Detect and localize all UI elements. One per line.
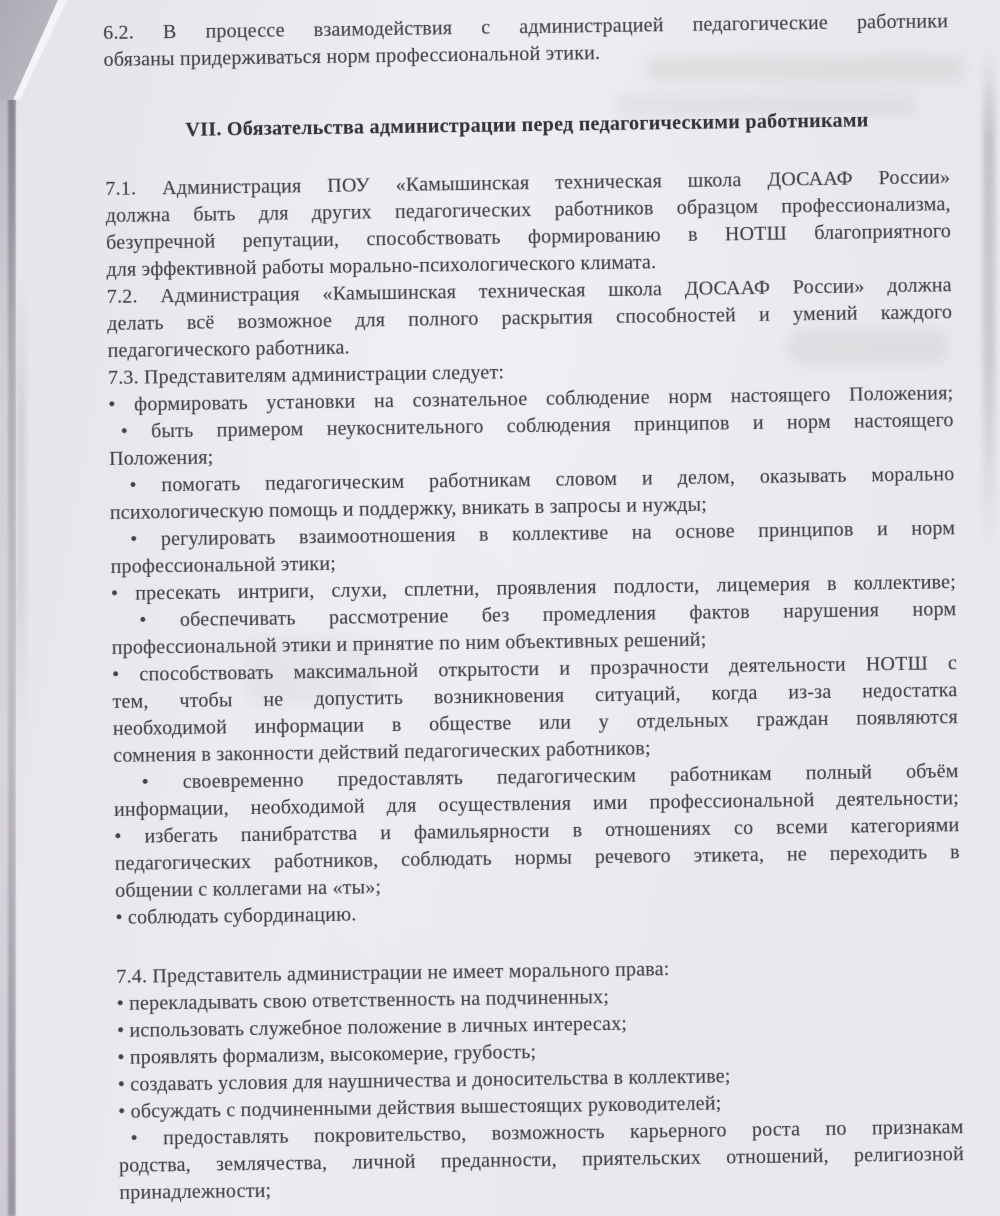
page-edge-line-artifact [8,88,15,1216]
document-content: 6.2. В процессе взаимодействия с админис… [103,8,964,1207]
section-vii-heading: VII. Обязательства администрации перед п… [104,106,949,145]
clause-7-3-bullet-7: • способствовать максимальной открытости… [112,650,958,770]
heading-line: VII. Обязательства администрации перед п… [104,106,949,145]
scanned-document-page: 6.2. В процессе взаимодействия с админис… [0,0,1000,1216]
clause-7-2: 7.2. Администрация «Камышинская техничес… [107,272,953,365]
clause-7-4-bullet-6: • предоставлять покровительство, возможн… [118,1114,964,1207]
clause-7-3-bullet-9: • избегать панибратства и фамильярности … [114,812,960,905]
clause-7-1: 7.1. Администрация ПОУ «Камышинская техн… [105,164,951,284]
scan-streak-artifact [16,280,26,740]
clause-6-2: 6.2. В процессе взаимодействия с админис… [103,8,949,74]
scan-right-edge-shadow [983,50,995,550]
